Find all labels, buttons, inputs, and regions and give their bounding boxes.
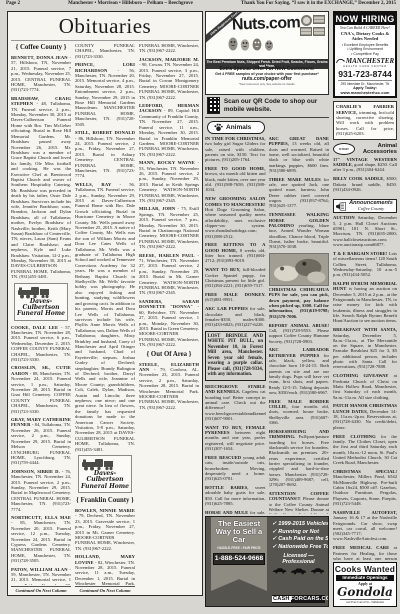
classified-text: for the family. The Clothes Closet, open… [333,434,397,466]
obituary-name: MILLAR, JOHN [139,206,175,211]
obituary-entry: MANN, ROCKY WAYNE - 53, Winchester, TN. … [139,160,199,203]
classified-ad: BEECHGROVE STABLE AND KENNELS. Cageless … [205,384,266,421]
classified-lead: REPORT ANIMAL ABUSE! [269,323,330,328]
obit-list: BOWLEN, NINNIE MARIE - 79, Decherd, TN. … [75,508,135,585]
nuts-offer: Extra Special Offer For New Customers: G… [206,66,328,86]
obituary-name: JACKSON, MARJORIE M. [139,57,199,62]
classified-ad: FREE MALE BORDER COLLIE, four months old… [269,399,330,426]
obituary-entry: STILL, ROBERT DONALD - 86, Hillsboro, TN… [75,130,135,179]
now-hiring-website: www.manchesterhcc.com [335,90,395,95]
classified-text: is having an auction on December 5, 2015… [333,286,397,323]
obituary-text: COUNTY FUNERAL CHAPEL, Manchester, TN. (… [75,43,135,59]
classified-ad: HORSE AND MULE for sale, Tennessee Walki… [205,510,266,514]
classified-ad: BILLY COOK SADDLE, $500; Dakota brand sa… [333,176,397,192]
right-column: NOW HIRING You Can Build A CAREER Here! … [333,11,397,607]
obituary-text: - 57, Manchester, TN. November 28, 2015.… [11,325,71,362]
classified-lead: NEW GROOMING SALON COMES TO MANCHESTER! [205,196,266,206]
obit-column-3: FUNERAL HOME, Winchester, TN. (931)967-2… [139,43,199,593]
classified-ad: BREAKFAST WITH SANTA, Saturday, December… [333,327,397,370]
obituary-name: BENNETT, DONNA JEAN [11,55,68,60]
announcements-subtitle: Coffee County [348,207,394,212]
benefit-item: Competitive Pay [335,52,395,57]
nut-character-icon [252,36,262,51]
obituary-text: - 53, Winchester, TN. November 26, 2015.… [139,160,199,203]
classified-text: January 16 & 17 at the Nashville Fairgro… [333,515,397,541]
classified-ad: PATCH MANOR CHRISTMAS LUNCH DATES, Decem… [333,403,397,430]
classified-text: (615)881-8951. [205,297,234,302]
obituary-name: REESE, HARLEN PAUL [139,253,195,258]
cash-for-cars-ad: The Easiest Way to Sell a Car HASSLE-FRE… [205,516,329,607]
classified-ad: CLOTHING GIVEAWAY at Fredonia Church of … [333,373,397,400]
now-hiring-ad: NOW HIRING You Can Build A CAREER Here! … [333,11,397,98]
car-icon [310,567,325,574]
paw-icon [214,123,223,132]
obituary-text: - 71, Winchester, TN. November 27, 2015.… [139,253,199,296]
classified-lead: FREE CLOTHING [333,434,376,439]
now-hiring-phone: 931-723-8744 [335,69,395,79]
classified-ad: WANT TO BUY, full-blooded Cocker Spaniel… [205,267,266,288]
obituary-entry: WELLS, RAY - 56, Tullahoma, TN. Funeral … [75,182,135,452]
obituary-entry: SANDERS, SARAH DONNETTE "DONNA" - 60, Be… [139,299,199,348]
classified-ad: FREE CLOTHING for the family. The Clothe… [333,434,397,466]
classified-list: BEECHGROVE STABLE AND KENNELS. Cageless … [205,384,266,514]
classified-lead: FREE MALE DONKEY. [205,292,266,297]
checklist-item: Running or Not [272,529,325,537]
classified-ad: WANT TO BUY, FEMALE PYRENEES between eig… [205,425,266,452]
middle-column: 100% Happiness Guaranteed Nuts.com The B… [205,11,329,607]
cooks-wanted-ad: Cooks Wanted Immediate Openings Apply at… [333,562,397,608]
obituary-entry: PATON, WILLIAM ALAN - 59, Manchester, TN… [11,567,71,585]
woof-badge-icon: WOOF! [333,143,355,155]
obituary-entry: HOLLAND, MARY LOVINE - 82, Winchester, T… [75,554,135,585]
classified-ad: AKC LABRADOR RETRIEVER PUPPIES for sale,… [269,347,330,395]
page-number: Page 2 [6,1,20,7]
obituary-entry: FUNERAL HOME, Winchester, TN. (931)967-2… [139,43,199,54]
classified-text: brown, six month old kitten and black, m… [205,171,266,192]
train-icon [16,286,52,299]
now-hiring-tagline: You Can Build A CAREER Here! [335,26,395,30]
nut-character-icon [264,38,274,51]
classified-text: Full/part/pasture boarding for horses. F… [269,434,330,487]
sell-car-headline: The Easiest Way to Sell a Car [211,517,267,545]
obituary-text: - 60, Belvidere, TN. November 27, 2015. … [139,304,199,347]
cooks-wanted-title: Cooks Wanted [334,563,396,574]
logo-prefix: CASH [272,596,291,602]
classified-ad: FREE KITTENS TO A GOOD HOME, 8 weeks old… [205,242,266,263]
lost-dog-boxed-ad: LOST BRINDLE AND WHITE PIT BULL, on Nove… [205,331,266,381]
obit-list: FUNERAL HOME, Winchester, TN. (931)967-2… [139,43,199,348]
obituaries-title: Obituaries [11,14,199,41]
classified-lead: IN TIME FOR CHRISTMAS, [205,136,266,141]
classified-ad: THREE MARE MULES for sale, one spotted J… [269,177,330,209]
obituary-name: NORTHCUTT, ELLA MAE [11,515,71,520]
manchester-hcc-logo: MANCHESTER [335,57,395,65]
obituary-name: WELLS, RAY [75,182,111,187]
obituary-text: - 79, Cordova, AL. November 23, 2015. Fu… [139,367,199,410]
classified-list: AKC GREAT DANE PUPPIES, 13 weeks old, al… [269,136,330,250]
animal-accessories-header: WOOF! Animal Accessories [333,143,397,155]
classified-ad: NASHVILLE AUTOFEST, January 16 & 17 at t… [333,510,397,542]
classified-lead: BILLY COOK SADDLE, [333,176,385,181]
classified-text: Cageless cat boarding too! Better concep… [205,389,266,421]
obituary-columns: { Coffee County } BENNETT, DONNA JEAN - … [11,43,199,593]
classified-lead: CLOTHING GIVEAWAY [333,373,388,378]
obituary-text: - 85, Manchester, TN. November 20, 2015.… [11,520,71,563]
classified-lead: HORSE AND MULE [205,510,248,514]
obituary-name: STILL, ROBERT DONALD [75,130,135,135]
sell-car-ribbon: The Easiest Way to Sell a Car HASSLE-FRE… [211,517,267,591]
product-box [300,27,312,36]
nut-characters-illustration [228,35,274,51]
classified-ad: AUCTION Saturday, December 5, 2 p.m. Hal… [333,215,397,247]
now-hiring-title: NOW HIRING [335,13,395,25]
funeral-home-logo: Daves-Culbertson Funeral Home [14,283,68,321]
classified-ad: AKC LAB PUPPIES for sale, chocolate and … [205,306,266,327]
classified-lead: BREAKFAST WITH SANTA, [333,327,397,332]
car-icon [272,567,287,574]
obituary-entry: JOHNSON, SIBBIE D. - 76, Manchester, TN.… [11,469,71,512]
obit-list: STEELE, ELIZABETH ANN - 79, Cordova, AL.… [139,362,199,411]
page-meta: Page 2 Manchester • Morrison • Hillsboro… [6,1,396,7]
classified-ad: FREE MEDICAL CARE at Partners for Healin… [333,545,397,559]
puppies-photo-illustration [270,254,329,285]
obituary-text: - 57, Hillsboro, TN, November 21, 2015. … [11,55,71,92]
section-franklin-county: { Franklin County } [75,497,135,505]
classified-text: Hott Dogz Grooming Salon, where seasoned… [205,207,266,239]
classified-lead: CHRISTMAS SPECIAL! [333,469,397,474]
continued-note: Continued On Next Column [11,586,71,593]
obituary-text: - 89, Capitol Hill Community of Franklin… [139,108,199,156]
funeral-home-name: Daves-Culbertson [80,471,130,484]
classified-ad: RALPH BYRUM MEMORIAL HUNT is having an a… [333,281,397,324]
product-box [313,27,325,36]
obituary-text: - 86, Hillsboro, TN. November 24, 2015. … [75,136,135,179]
sell-car-subline: HASSLE-FREE • FAIR PRICE [213,545,265,551]
page-slogan: Thank You For Saying, “I saw it in the E… [241,1,396,7]
obituary-text: - 48, Tullahoma, TN. Funeral service, 2 … [11,101,71,279]
nuts-fine-print: *New customers only. See website for det… [206,82,328,86]
obituary-text: - 79, Decherd, TN. November 23, 2015. Gr… [75,513,135,550]
classified-lead: FREE TO GOOD HOME, [205,166,266,171]
announcements-header: Announcements Coffee County [333,199,397,214]
obituary-name: MANN, ROCKY WAYNE [139,160,195,165]
classified-list: IN TIME FOR CHRISTMAS, two baby girl Sug… [205,136,266,328]
immediate-openings-bar: Immediate Openings [336,575,394,581]
obituary-name: JOHNSON, SIBBIE D. [11,469,60,474]
obit-list: COUNTY FUNERAL CHAPEL, Manchester, TN. (… [75,43,135,452]
obituary-entry: STEELE, ELIZABETH ANN - 79, Cordova, AL.… [139,362,199,411]
sell-car-checklist: 1999-2015 VehiclesRunning or NotCash Pai… [272,521,325,575]
classified-lead: BOTTLE BABIES, [205,485,248,490]
nuts-products-illustration [295,15,325,36]
obituary-entry: COOKE, DALE LEE - 57, Manchester, TN. No… [11,325,71,363]
classified-lead: WANT TO BUY, [205,267,240,272]
obituary-name: COOKE, DALE LEE [11,325,58,330]
megaphone-icon [336,202,346,211]
classified-list: REPORT ANIMAL ABUSE! Call, (931)728-9553… [269,323,330,514]
animals-section-title: Animals [226,124,251,131]
obituary-text: - 76, Manchester, TN. November 24, 2015.… [11,469,71,512]
accessories-title-line2: Accessories [357,149,397,155]
classified-text: Manchester, Millers Pond, 6542 McMinnvil… [333,474,397,506]
animals-section-header: Animals [207,121,265,134]
classified-ad: BOTTLE BABIES, sweet adorable baby goats… [205,485,266,506]
obituary-entry: COUNTY FUNERAL CHAPEL, Manchester, TN. (… [75,43,135,59]
classified-lead: T & E BARGAIN STORE! [333,251,387,256]
logo-rest: FORCARS.COM [291,596,329,602]
obituary-entry: MILLAR, JOHN - 75, Estill Springs, TN. N… [139,206,199,249]
classified-lead: AKC LAB PUPPIES [205,306,248,311]
funeral-home-sub: Funeral Home [80,484,130,490]
obit-column-1: { Coffee County } BENNETT, DONNA JEAN - … [11,43,71,593]
classified-columns: IN TIME FOR CHRISTMAS, two baby girl Sug… [205,136,329,514]
obit-list: BENNETT, DONNA JEAN - 57, Hillsboro, TN,… [11,55,71,280]
sell-car-phone: 1-888-524-9668 [213,553,265,565]
qr-code-icon [207,97,220,114]
obituary-name: PATON, WILLIAM ALAN [11,567,68,572]
classified-lead: FREE RESCUED [205,455,241,460]
obituary-text: - 75, Estill Springs, TN. November 25, 2… [139,206,199,249]
announcements-list: AUCTION Saturday, December 5, 2 p.m. Hal… [333,215,397,559]
classified-lead: NASHVILLE AUTOFEST, [333,510,397,515]
wreath-icon [301,15,312,26]
qr-section: Scan our QR Code to shop our mobile webs… [205,95,329,118]
section-out-of-area: { Out Of Area } [139,351,199,359]
classified-lead: THREE MARE MULES [269,177,321,182]
classified-ad: FREE MALE DONKEY. (615)881-8951. [205,292,266,303]
obit-column-2: COUNTY FUNERAL CHAPEL, Manchester, TN. (… [75,43,135,593]
classified-text: for sale, black, yellow, and chocolate b… [269,353,330,395]
classified-ad: TENNESSEE WALKING HORSE GOLDEN PALOMINO … [269,212,330,249]
classified-ad: AKC GREAT DANE PUPPIES, 13 weeks old, al… [269,136,330,173]
classified-ad: 17" VINTAGE WESTERN SADDLE, good shape, … [333,157,397,173]
obituary-entry: BOWLEN, NINNIE MARIE - 79, Decherd, TN. … [75,508,135,551]
classified-text: for sale, one spotted Jack, one spotted … [269,177,330,209]
classified-column-right: AKC GREAT DANE PUPPIES, 13 weeks old, al… [269,136,330,514]
checklist-item: Cash Paid on the Spot [272,536,325,544]
obituary-entry: BRADSHAW, CRAIG STEPHEN - 48, Tullahoma,… [11,96,71,280]
classified-lead: LOST BRINDLE AND WHITE PIT BULL, [208,334,264,345]
classified-ad: REPORT ANIMAL ABUSE! Call, (931)728-9553… [269,323,330,344]
obituary-entry: REESE, HARLEN PAUL - 71, Winchester, TN.… [139,253,199,296]
obituary-entry: CROSSLIN, SR., CUTIE AARON - 88, Manches… [11,365,71,414]
classified-ad: IN TIME FOR CHRISTMAS, two baby girl Sug… [205,136,266,163]
classified-ad: ATTENTION COFFEE COUNTIANS!!! Please don… [269,491,330,514]
classified-text: Saturday, December 5, 8a.m.-11a.m., at T… [333,333,397,370]
obituary-entry: LEDFORD, HERMAN JACKSON - 89, Capitol Hi… [139,103,199,157]
chihuahua-pups-photo [269,253,330,286]
obit-list: COOKE, DALE LEE - 57, Manchester, TN. No… [11,325,71,585]
funeral-home-logo: Daves-Culbertson Funeral Home [78,455,132,493]
obituary-name: SANDERS, SARAH DONNETTE "DONNA" [139,299,199,309]
nuts-ad: 100% Happiness Guaranteed Nuts.com The B… [205,11,329,95]
gondola-address: 412 East Carroll St., Tullahoma [340,599,390,605]
obituary-entry: JACKSON, MARJORIE M. - 90, Cowan, TN. No… [139,57,199,100]
qr-caption: Scan our QR Code to shop our mobile webs… [224,98,327,112]
nut-character-icon [228,35,238,51]
continued-note: Continued On Next Column [75,586,135,593]
obituary-entry: NORTHCUTT, ELLA MAE - 85, Manchester, TN… [11,515,71,564]
classified-ad: FREE RESCUED young adult cats, inside/ou… [205,455,266,482]
brand-subtitle: HEALTH CARE CENTER [335,65,395,68]
nut-character-icon [240,37,250,51]
checklist-item: 1999-2015 Vehicles [272,521,325,529]
obituary-text: - 88, Manchester, TN. November 24, 2015.… [11,371,71,414]
chihuahua-caption: CHRISTMAS CHIHUAHUA PUPS for sale, you c… [269,287,330,319]
obituary-text: - 56, Manchester, TN. November 20, 2015.… [75,68,135,127]
classified-lead: AKC LABRADOR RETRIEVER PUPPIES [269,347,330,357]
gondola-logo: Gondola [334,586,396,598]
swoosh-bird-icon [336,58,345,64]
classified-lead: AUCTION [333,215,355,220]
now-hiring-benefits: Excellent Employee BenefitsUplifting Env… [335,43,395,57]
checklist-item: Nationwide Free Towing [272,544,325,552]
obituary-text: FUNERAL HOME, Winchester, TN. (931)967-2… [139,43,199,53]
obituary-text: - 90, Cowan, TN. November 24, 2015. Fune… [139,62,199,99]
obituary-name: BOWLEN, NINNIE MARIE [75,508,135,513]
brand-name: MANCHESTER [346,57,394,65]
classified-lead: FREE MEDICAL CARE [333,545,389,550]
now-hiring-roles: CNA's, Dietary Cooks & Aides Needed [337,31,393,42]
charlies-farrier-ad: CHARLIE'S FARRIER SERVICE, trimming, hot… [333,101,397,139]
obituary-entry: GRAY, MARY CATHERINE FENNER - 84, Tullah… [11,417,71,466]
classified-text: on November 10, in Forest Mill area, Man… [208,339,264,377]
accessories-list: 17" VINTAGE WESTERN SADDLE, good shape, … [333,157,397,196]
classified-text: Call, (931)728-9553. Please support Coff… [269,328,330,344]
obituary-entry: PRINCE, LORI RICHARDSON - 56, Manchester… [75,62,135,127]
car-icon [290,567,307,575]
obituaries-box: Obituaries { Coffee County } BENNETT, DO… [7,11,203,596]
classified-text: 13 weeks old, all shots and wormed. Rais… [269,141,330,173]
classified-ad: CHRISTMAS SPECIAL! Manchester, Millers P… [333,469,397,506]
cashforcars-logo: CASHFORCARS.COM [272,595,325,603]
obituary-text: - 56, Tullahoma, TN. Funeral service, 2 … [75,182,135,452]
page-towns: Manchester • Morrison • Hillsboro ~ Pelh… [68,1,193,7]
licensed-note: Licensed — Professional [272,553,325,565]
section-coffee-county: { Coffee County } [11,44,71,52]
car-icons-row [272,567,325,575]
obituary-text: - 84, Tullahoma, TN. November 26, 2015. … [11,422,71,465]
classified-text: Saturday, December 5, 2 p.m. Hall Closet… [333,215,397,247]
obituary-entry: BENNETT, DONNA JEAN - 57, Hillsboro, TN,… [11,55,71,93]
classified-ad: FREE TO GOOD HOME, brown, six month old … [205,166,266,193]
funeral-home-sub: Funeral Home [16,311,66,317]
classified-text: two baby girl Sugar Gliders for sale, ra… [205,141,266,162]
product-box [313,15,325,24]
classified-ad: NEW GROOMING SALON COMES TO MANCHESTER! … [205,196,266,239]
classified-ad: T & E BARGAIN STORE! Lots of miscellaneo… [333,251,397,278]
classified-ad: HORSESHOEING AND TRIMMING. Full/part/pas… [269,429,330,488]
classified-column-left: IN TIME FOR CHRISTMAS, two baby girl Sug… [205,136,266,514]
